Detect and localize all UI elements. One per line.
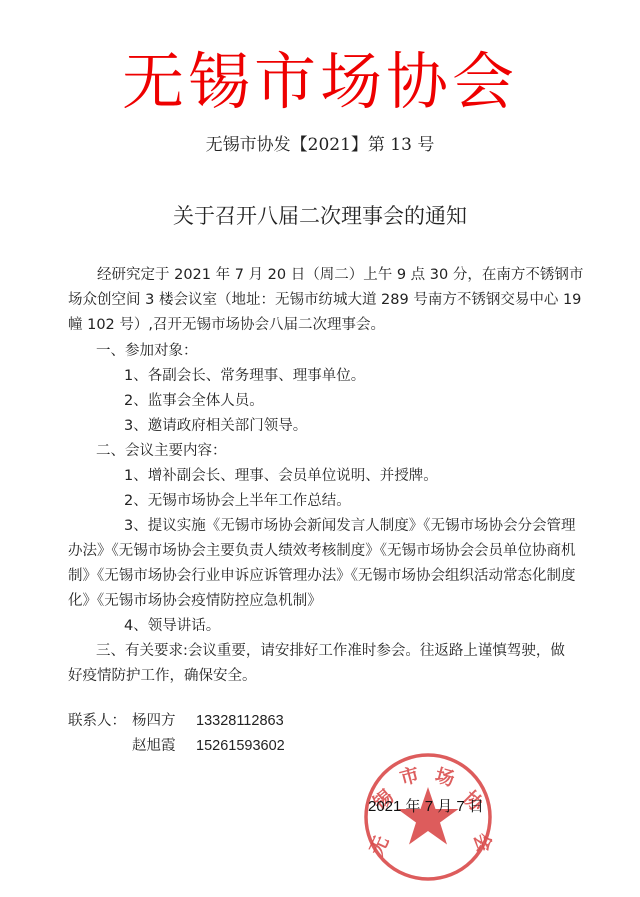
official-seal-icon: 无 锡 市 场 协 会	[362, 751, 494, 883]
contact-2-phone: 15261593602	[196, 734, 285, 759]
contacts-label: 联系人：	[68, 709, 126, 734]
section-1-item-3: 3、邀请政府相关部门领导。	[124, 414, 307, 439]
section-2-item-3-line-2: 办法》《无锡市场协会主要负责人绩效考核制度》《无锡市场协会会员单位协商机	[68, 539, 576, 564]
organization-title: 无锡市场协会	[0, 42, 640, 122]
section-2-item-3-line-3: 制》《无锡市场协会行业申诉应诉管理办法》《无锡市场协会组织活动常态化制度	[68, 564, 576, 589]
section-1-item-1: 1、各副会长、常务理事、理事单位。	[124, 364, 365, 389]
section-2-item-2: 2、无锡市场协会上半年工作总结。	[124, 489, 351, 514]
notice-title: 关于召开八届二次理事会的通知	[0, 202, 640, 230]
section-1-heading: 一、参加对象：	[96, 339, 198, 364]
contact-1-phone: 13328112863	[196, 709, 284, 734]
contact-1-name: 杨四方	[132, 709, 176, 734]
intro-line-2: 场众创空间 3 楼会议室（地址：无锡市纺城大道 289 号南方不锈钢交易中心 1…	[68, 288, 581, 313]
svg-text:市: 市	[397, 763, 421, 790]
intro-line-3: 幢 102 号）,召开无锡市场协会八届二次理事会。	[68, 313, 385, 338]
section-2-item-1: 1、增补副会长、理事、会员单位说明、并授牌。	[124, 464, 438, 489]
svg-text:场: 场	[433, 764, 457, 791]
intro-line-1: 经研究定于 2021 年 7 月 20 日（周二）上午 9 点 30 分，在南方…	[97, 263, 583, 288]
section-2-item-4: 4、领导讲话。	[124, 614, 220, 639]
document-number: 无锡市协发【2021】第 13 号	[0, 133, 640, 157]
section-2-item-3-line-1: 3、提议实施《无锡市场协会新闻发言人制度》《无锡市场协会分会管理	[124, 514, 575, 539]
section-1-item-2: 2、监事会全体人员。	[124, 389, 264, 414]
svg-text:会: 会	[469, 830, 494, 854]
signature-date: 2021 年 7 月 7 日	[368, 795, 484, 816]
section-3-line-1: 三、有关要求:会议重要，请安排好工作准时参会。往返路上谨慎驾驶，做	[96, 639, 565, 664]
section-2-heading: 二、会议主要内容：	[96, 439, 227, 464]
contact-2-name: 赵旭霞	[132, 734, 176, 759]
section-3-line-2: 好疫情防护工作，确保安全。	[68, 664, 257, 689]
section-2-item-3-line-4: 化》《无锡市场协会疫情防控应急机制》	[68, 589, 322, 614]
